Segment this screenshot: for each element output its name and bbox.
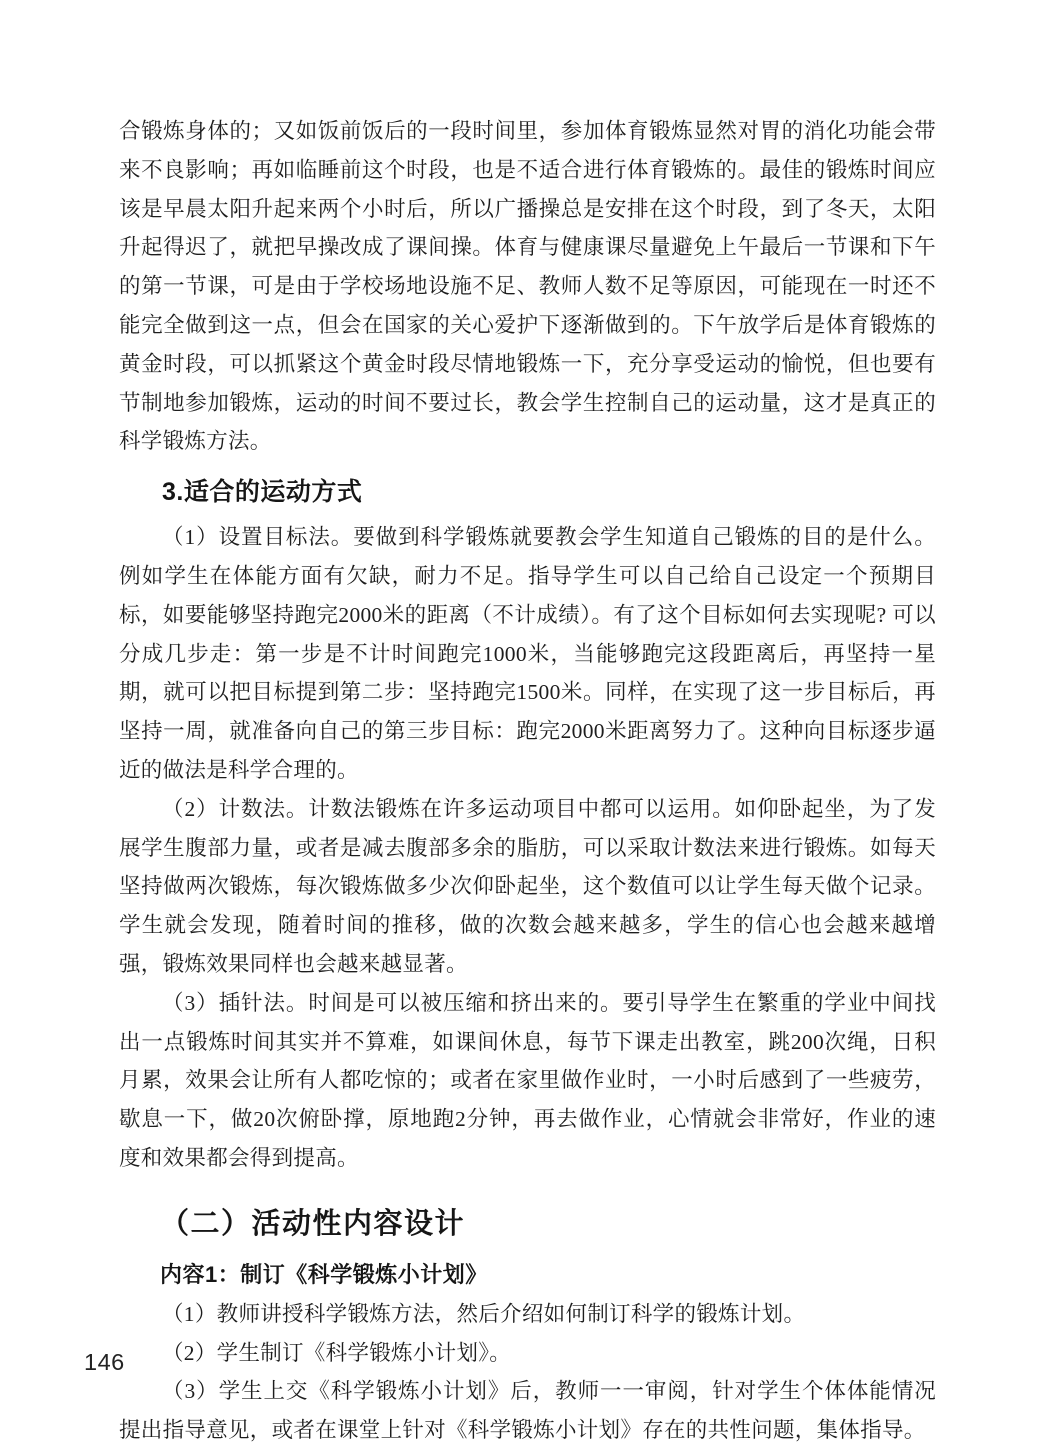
content-1-item-1: （1）教师讲授科学锻炼方法，然后介绍如何制订科学的锻炼计划。 (119, 1295, 936, 1334)
book-page: 合锻炼身体的；又如饭前饭后的一段时间里，参加体育锻炼显然对胃的消化功能会带来不良… (0, 0, 1038, 1452)
method-paragraph-goal-setting: （1）设置目标法。要做到科学锻炼就要教会学生知道自己锻炼的目的是什么。例如学生在… (119, 518, 936, 790)
section-3-heading: 3.适合的运动方式 (119, 472, 936, 508)
continuation-paragraph: 合锻炼身体的；又如饭前饭后的一段时间里，参加体育锻炼显然对胃的消化功能会带来不良… (119, 112, 936, 461)
content-1-heading: 内容1：制订《科学锻炼小计划》 (119, 1258, 936, 1289)
section-b-heading: （二）活动性内容设计 (119, 1201, 936, 1242)
method-paragraph-interleaving: （3）插针法。时间是可以被压缩和挤出来的。要引导学生在繁重的学业中间找出一点锻炼… (119, 984, 936, 1178)
content-1-item-3: （3）学生上交《科学锻炼小计划》后，教师一一审阅，针对学生个体体能情况提出指导意… (119, 1372, 936, 1450)
content-1-item-2: （2）学生制订《科学锻炼小计划》。 (119, 1334, 936, 1373)
method-paragraph-counting: （2）计数法。计数法锻炼在许多运动项目中都可以运用。如仰卧起坐，为了发展学生腹部… (119, 790, 936, 984)
page-content: 合锻炼身体的；又如饭前饭后的一段时间里，参加体育锻炼显然对胃的消化功能会带来不良… (119, 112, 936, 1450)
page-number: 146 (84, 1349, 125, 1376)
